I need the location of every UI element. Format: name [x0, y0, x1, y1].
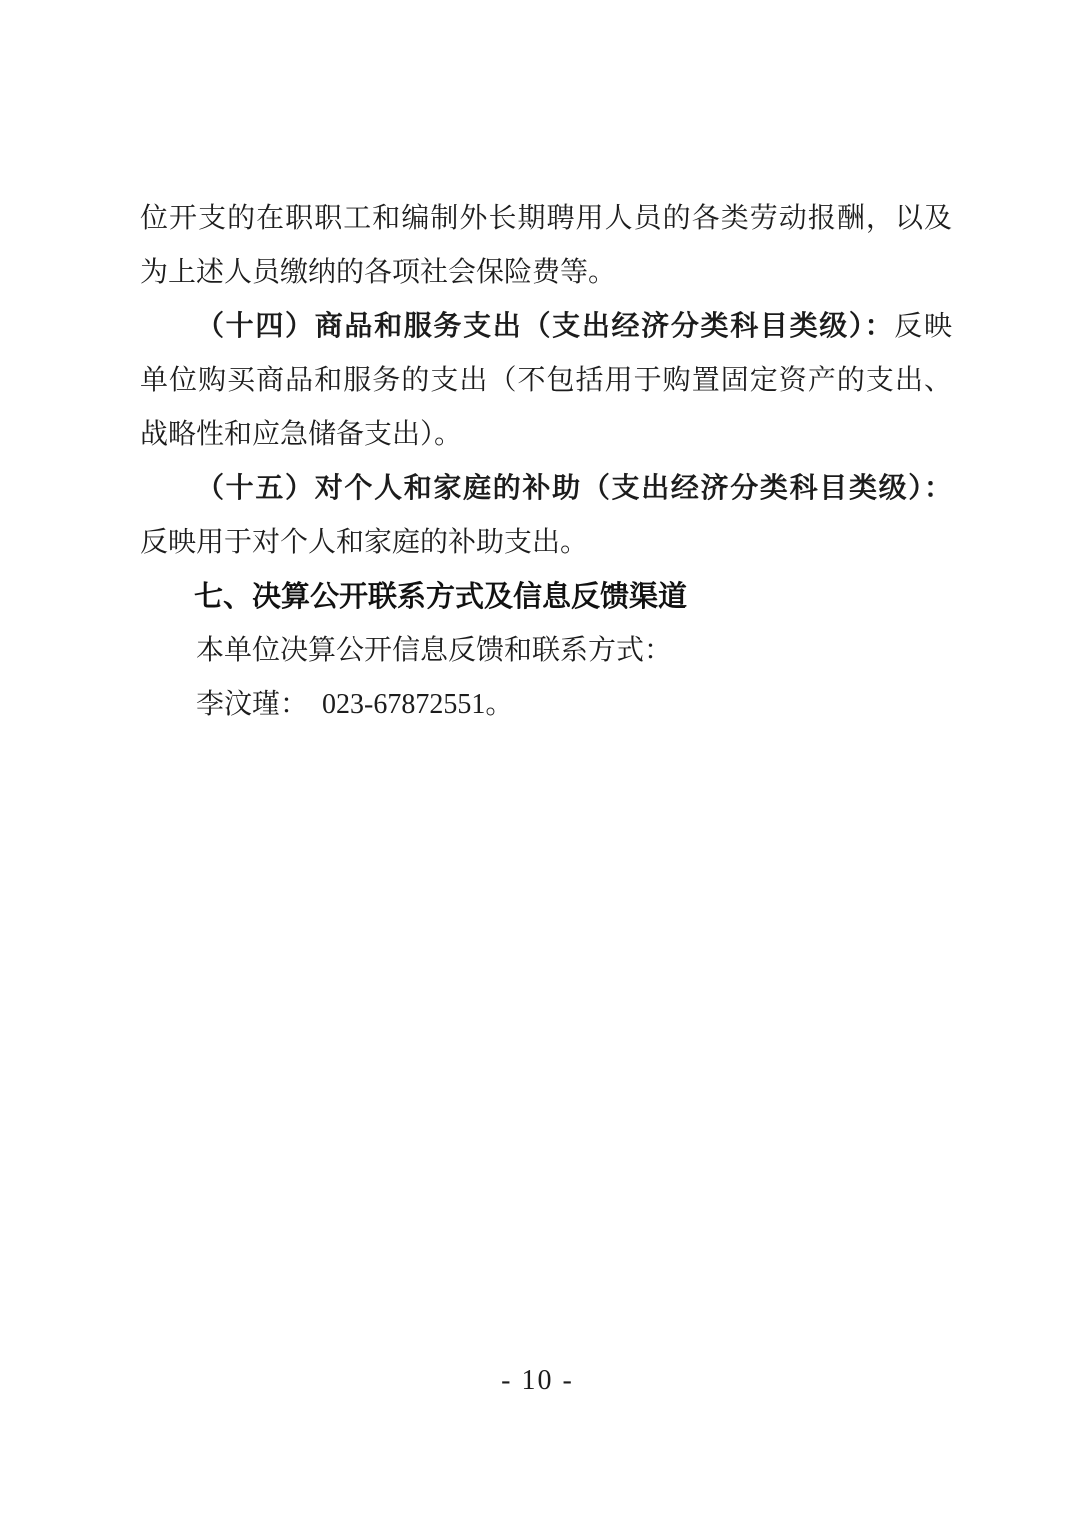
clause-15-line-1: （十五）对个人和家庭的补助（支出经济分类科目类级）：: [140, 462, 952, 516]
contact-phone-number: 023-67872551。: [322, 689, 513, 720]
document-body: 位开支的在职职工和编制外长期聘用人员的各类劳动报酬，以及 为上述人员缴纳的各项社…: [140, 192, 952, 732]
body-text: 单位购买商品和服务的支出（不包括用于购置固定资产的支出、: [140, 365, 952, 396]
body-text: 为上述人员缴纳的各项社会保险费等。: [140, 257, 616, 288]
contact-line: 李汶瑾：023-67872551。: [140, 678, 952, 732]
clause-14-line-1: （十四）商品和服务支出（支出经济分类科目类级）：反映: [140, 300, 952, 354]
clause-15-line-2: 反映用于对个人和家庭的补助支出。: [140, 516, 952, 570]
document-page: 位开支的在职职工和编制外长期聘用人员的各类劳动报酬，以及 为上述人员缴纳的各项社…: [0, 0, 1075, 1520]
clause-14-label: （十四）商品和服务支出（支出经济分类科目类级）：: [196, 311, 894, 342]
section-heading: 七、决算公开联系方式及信息反馈渠道: [140, 570, 952, 624]
clause-15-label: （十五）对个人和家庭的补助（支出经济分类科目类级）：: [196, 473, 952, 504]
page-number: - 10 -: [0, 1365, 1075, 1397]
paragraph-continuation-line-2: 为上述人员缴纳的各项社会保险费等。: [140, 246, 952, 300]
section-heading-text: 七、决算公开联系方式及信息反馈渠道: [194, 581, 687, 613]
body-text: 反映用于对个人和家庭的补助支出。: [140, 527, 588, 558]
body-text: 本单位决算公开信息反馈和联系方式：: [196, 635, 672, 666]
body-text: 位开支的在职职工和编制外长期聘用人员的各类劳动报酬，以及: [140, 203, 952, 234]
body-text: 反映: [894, 311, 952, 342]
body-text: 战略性和应急储备支出）。: [140, 419, 462, 450]
contact-intro-line: 本单位决算公开信息反馈和联系方式：: [140, 624, 952, 678]
paragraph-continuation-line-1: 位开支的在职职工和编制外长期聘用人员的各类劳动报酬，以及: [140, 192, 952, 246]
contact-name-label: 李汶瑾：: [196, 689, 308, 720]
clause-14-line-2: 单位购买商品和服务的支出（不包括用于购置固定资产的支出、: [140, 354, 952, 408]
clause-14-line-3: 战略性和应急储备支出）。: [140, 408, 952, 462]
